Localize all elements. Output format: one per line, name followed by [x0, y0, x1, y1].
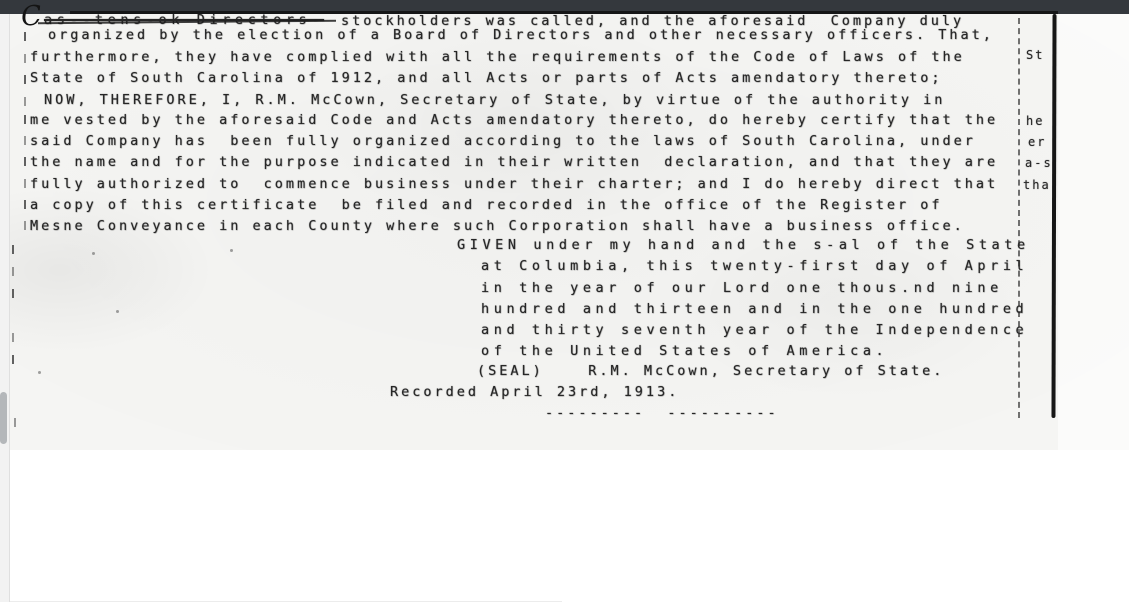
margin-mark — [24, 75, 26, 84]
overflow-fragment: tha — [1023, 178, 1051, 192]
margin-mark — [24, 179, 26, 188]
margin-mark — [24, 221, 26, 230]
document-line: said Company has been fully organized ac… — [30, 134, 976, 148]
document-viewer: C as--tens-ok-Directors-stockholders was… — [0, 0, 1129, 604]
ink-speck — [38, 371, 41, 374]
document-line: at Columbia, this twenty-first day of Ap… — [481, 259, 1028, 273]
margin-mark — [14, 418, 16, 427]
document-line: stockholders was called, and the aforesa… — [341, 14, 964, 28]
viewer-bottom-border — [10, 601, 562, 602]
ink-speck — [230, 249, 233, 252]
margin-mark — [24, 136, 26, 145]
margin-mark — [24, 32, 26, 41]
document-line: a copy of this certificate be filed and … — [30, 198, 942, 212]
left-gutter — [0, 14, 10, 602]
margin-mark — [12, 245, 14, 254]
margin-mark — [24, 115, 26, 124]
document-line: hundred and thirteen and in the one hund… — [481, 302, 1028, 316]
document-line: (SEAL) R.M. McCown, Secretary of State. — [477, 364, 944, 378]
document-line: Recorded April 23rd, 1913. — [390, 385, 679, 399]
document-line: of the United States of America. — [481, 344, 888, 358]
document-line: me vested by the aforesaid Code and Acts… — [30, 113, 998, 127]
handwritten-mark: C — [19, 0, 43, 33]
document-line: GIVEN under my hand and the s-al of the … — [457, 238, 1030, 252]
document-line: organized by the election of a Board of … — [48, 28, 994, 42]
margin-mark — [12, 267, 14, 276]
document-line: --------- ---------- — [545, 406, 779, 420]
document-line: fully authorized to commence business un… — [30, 177, 998, 191]
margin-mark — [12, 355, 14, 364]
margin-mark — [12, 289, 14, 298]
overflow-fragment: a-s — [1025, 156, 1053, 170]
typed-right-margin-line — [1018, 18, 1020, 418]
overflow-fragment: er — [1028, 135, 1046, 149]
page-right-margin-area — [1058, 14, 1129, 450]
ink-speck — [92, 252, 95, 255]
document-line: NOW, THEREFORE, I, R.M. McCown, Secretar… — [44, 93, 945, 107]
margin-mark — [12, 333, 14, 342]
ink-speck — [116, 310, 119, 313]
document-line: Mesne Conveyance in each County where su… — [30, 219, 965, 233]
margin-mark — [24, 200, 26, 209]
vertical-scrollbar-thumb[interactable] — [0, 392, 7, 444]
overflow-fragment: he — [1026, 114, 1044, 128]
document-line: furthermore, they have complied with all… — [30, 50, 965, 64]
margin-mark — [24, 157, 26, 166]
document-line: the name and for the purpose indicated i… — [30, 155, 998, 169]
document-line: and thirty seventh year of the Independe… — [481, 323, 1028, 337]
document-line: State of South Carolina of 1912, and all… — [30, 71, 942, 85]
margin-mark — [24, 97, 26, 106]
document-line: in the year of our Lord one thous.nd nin… — [481, 281, 1003, 295]
margin-mark — [24, 54, 26, 63]
overflow-fragment: St — [1026, 48, 1044, 62]
